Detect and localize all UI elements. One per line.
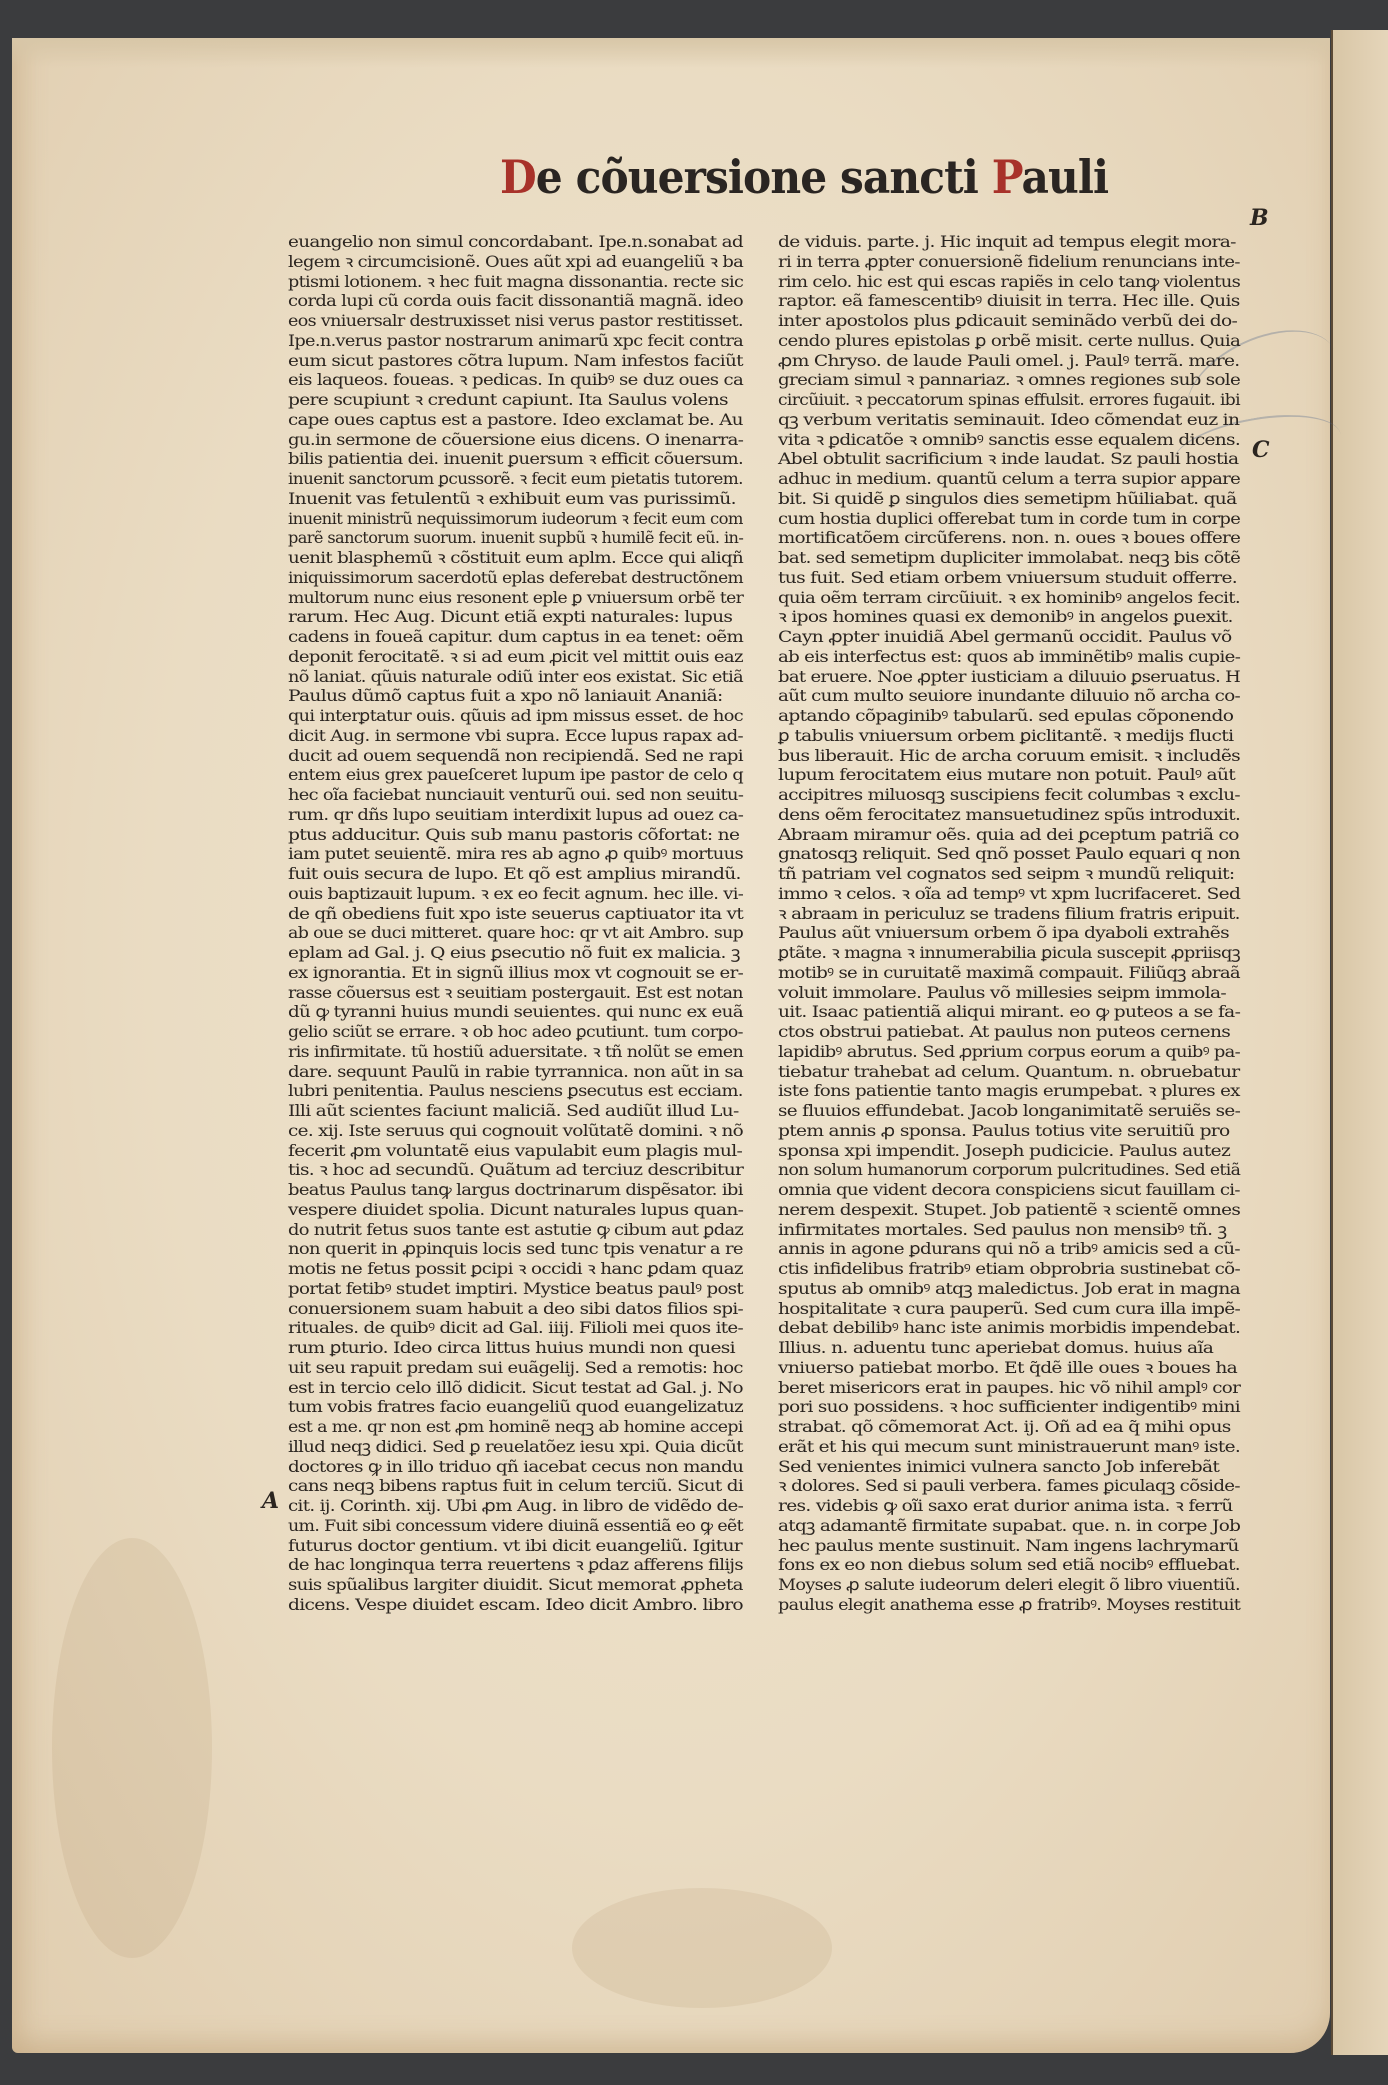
text-line: gnatosqꝫ reliquit. Sed qnõ posset Paulo … — [778, 844, 1308, 864]
text-line: futurus doctor gentium. vt ibi dicit eua… — [288, 1536, 811, 1556]
text-line: eplam ad Gal. j. Q eius ꝑsecutio nõ fuit… — [288, 943, 811, 963]
text-line: conuersionem suam habuit a deo sibi dato… — [288, 1299, 802, 1319]
text-line: rum ꝑturio. Ideo circa littus huius mund… — [288, 1338, 811, 1358]
text-line: deponit ferocitatẽ. ꝛ si ad eum ꝓicit ve… — [288, 647, 794, 667]
text-line: iste fons patientie tanto magis erumpeba… — [778, 1081, 1298, 1101]
text-column-left: euangelio non simul concordabant. Ipe.n.… — [288, 232, 743, 1615]
text-line: um. Fuit sibi concessum videre diuinã es… — [288, 1516, 776, 1536]
text-line: dare. sequunt Paulũ in rabie tyrrannica.… — [288, 1062, 796, 1082]
text-line: cendo plures epistolas ꝑ orbẽ misit. cer… — [778, 331, 1297, 351]
text-line: pori suo possidens. ꝛ hoc sufficienter i… — [778, 1397, 1302, 1417]
text-line: dicens. Vespe diuidet escam. Ideo dicit … — [288, 1595, 811, 1615]
text-line: Cayn ꝓpter inuidiã Abel germanũ occidit.… — [778, 627, 1309, 647]
text-line: uit. Isaac patientiã aliqui mirant. eo ꝙ… — [778, 1002, 1309, 1022]
text-line: ouis baptizauit lupum. ꝛ ex eo fecit agn… — [288, 884, 790, 904]
text-line: bilis patientia dei. inuenit ꝑuersum ꝛ e… — [288, 449, 792, 469]
text-line: aptando cõpaginibꝰ tabularũ. sed epulas … — [778, 706, 1309, 726]
margin-letter-a: A — [262, 1488, 279, 1514]
text-line: immo ꝛ celos. ꝛ oĩa ad tempꝰ vt xpm lucr… — [778, 884, 1308, 904]
text-line: infirmitates mortales. Sed paulus non me… — [778, 1220, 1309, 1240]
text-line: fecerit ꝓm voluntatẽ eius vapulabit eum … — [288, 1141, 811, 1161]
text-line: ptus adducitur. Quis sub manu pastoris c… — [288, 825, 811, 845]
text-line: hospitalitate ꝛ cura pauperũ. Sed cum cu… — [778, 1299, 1306, 1319]
text-line: mortificatõem circũferens. non. n. oues … — [778, 528, 1297, 548]
text-line: doctores ꝙ in illo triduo qñ iacebat cec… — [288, 1457, 802, 1477]
text-line: cans neqꝫ bibens raptus fuit in celum te… — [288, 1476, 803, 1496]
text-line: erãt et his qui mecum sunt ministrauerun… — [778, 1437, 1306, 1457]
text-line: cape oues captus est a pastore. Ideo exc… — [288, 410, 799, 430]
text-line: sponsa xpi impendit. Joseph pudicicie. P… — [778, 1141, 1309, 1161]
text-line: Abel obtulit sacrificium ꝛ inde laudat. … — [778, 449, 1309, 469]
title-initial: D — [500, 150, 536, 204]
text-line: rasse cõuersus est ꝛ seuitiam postergaui… — [288, 983, 776, 1003]
text-line: ctos obstrui patiebat. At paulus non put… — [778, 1022, 1309, 1042]
text-line: bat eruere. Noe ꝓpter iusticiam a diluui… — [778, 667, 1290, 687]
text-line: accipitres miluosqꝫ suscipiens fecit col… — [778, 785, 1301, 805]
text-line: annis in agone ꝑdurans qui nõ a tribꝰ am… — [778, 1239, 1301, 1259]
text-line: gelio sciũt se errare. ꝛ ob hoc adeo ꝑcu… — [288, 1022, 773, 1042]
text-line: ptismi lotionem. ꝛ hec fuit magna disson… — [288, 272, 782, 292]
text-line: paulus elegit anathema esse ꝓ fratribꝰ. … — [778, 1595, 1281, 1615]
text-line: non querit in ꝓpinquis locis sed tunc tp… — [288, 1239, 793, 1259]
text-line: tum vobis fratres facio euangeliũ quod e… — [288, 1397, 799, 1417]
text-line: Inuenit vas fetulentũ ꝛ exhibuit eum vas… — [288, 489, 811, 509]
text-line: circũiuit. ꝛ peccatorum spinas effulsit.… — [778, 390, 1265, 410]
text-line: rituales. de quibꝰ dicit ad Gal. iiij. F… — [288, 1318, 802, 1338]
text-line: bus liberauit. Hic de archa coruum emisi… — [778, 746, 1308, 766]
margin-letter-b: B — [1250, 205, 1269, 231]
paper-stain — [572, 1888, 832, 2008]
text-line: iniquissimorum sacerdotũ eplas deferebat… — [288, 568, 766, 588]
text-line: lupum ferocitatem eius mutare non potuit… — [778, 765, 1309, 785]
text-line: Paulus dũmõ captus fuit a xpo nõ laniaui… — [288, 686, 811, 706]
text-line: ri in terra ꝓpter conuersionẽ fidelium r… — [778, 252, 1292, 272]
text-line: est in tercio celo illõ didicit. Sicut t… — [288, 1378, 804, 1398]
text-line: rim celo. hic est qui escas rapiẽs in ce… — [778, 272, 1290, 292]
text-line: parẽ sanctorum suorum. inuenit supbũ ꝛ h… — [288, 528, 742, 548]
text-line: de qñ obediens fuit xpo iste seuerus cap… — [288, 904, 804, 924]
text-line: Sed venientes inimici vulnera sancto Job… — [778, 1457, 1309, 1477]
text-line: de hac longinqua terra reuertens ꝛ ꝑdaz … — [288, 1555, 795, 1575]
text-line: ꝑtãte. ꝛ magna ꝛ innumerabilia ꝑicula su… — [778, 943, 1285, 963]
text-line: res. videbis ꝙ oĩi saxo erat durior anim… — [778, 1496, 1309, 1516]
text-line: suis spũalibus largiter diuidit. Sicut m… — [288, 1575, 799, 1595]
text-line: tiebatur trahebat ad celum. Quantum. n. … — [778, 1062, 1309, 1082]
text-line: se fluuios effundebat. Jacob longanimita… — [778, 1101, 1302, 1121]
text-line: voluit immolare. Paulus võ millesies sei… — [778, 983, 1309, 1003]
text-line: eum sicut pastores cõtra lupum. Nam infe… — [288, 351, 805, 371]
text-line: ptem annis ꝓ sponsa. Paulus totius vite … — [778, 1121, 1309, 1141]
text-line: ꝛ dolores. Sed si pauli verbera. fames ꝑ… — [778, 1476, 1298, 1496]
text-line: vita ꝛ ꝑdicatõe ꝛ omnibꝰ sanctis esse eq… — [778, 430, 1307, 450]
text-line: lubri penitentia. Paulus nesciens ꝑsecut… — [288, 1081, 791, 1101]
text-line: sputus ab omnibꝰ atqꝫ maledictus. Job er… — [778, 1279, 1308, 1299]
text-line: inter apostolos plus ꝑdicauit seminãdo v… — [778, 311, 1309, 331]
text-line: strabat. qõ cõmemorat Act. ij. Oñ ad ea … — [778, 1417, 1309, 1437]
text-line: inuenit ministrũ nequissimorum iudeorum … — [288, 509, 749, 529]
text-line: non solum humanorum corporum pulcritudin… — [778, 1160, 1269, 1180]
text-line: ꝛ ipos homines quasi ex demonibꝰ in ange… — [778, 607, 1309, 627]
text-line: debat debilibꝰ hanc iste animis morbidis… — [778, 1318, 1303, 1338]
title-text: e cõuersione sancti — [536, 150, 992, 204]
text-line: ꝛ abraam in periculuz se tradens filium … — [778, 904, 1300, 924]
text-line: ce. xij. Iste seruus qui cognouit volũta… — [288, 1121, 805, 1141]
text-line: cadens in foueã capitur. dum captus in e… — [288, 627, 801, 647]
text-line: dens oẽm ferocitatez mansuetudinez spũs … — [778, 805, 1305, 825]
text-line: atqꝫ adamantẽ firmitate supabat. que. n.… — [778, 1516, 1302, 1536]
text-line: quia oẽm terram circũiuit. ꝛ ex hominibꝰ… — [778, 588, 1295, 608]
text-line: euangelio non simul concordabant. Ipe.n.… — [288, 232, 805, 252]
text-line: de viduis. parte. j. Hic inquit ad tempu… — [778, 232, 1309, 252]
text-line: raptor. eã famescentibꝰ diuisit in terra… — [778, 291, 1309, 311]
text-line: do nutrit fetus suos tante est astutie ꝙ… — [288, 1220, 789, 1240]
text-line: inuenit sanctorum ꝑcussorẽ. ꝛ fecit eum … — [288, 469, 762, 489]
text-line: gu.in sermone de cõuersione eius dicens.… — [288, 430, 796, 450]
text-line: vespere diuidet spolia. Dicunt naturales… — [288, 1200, 808, 1220]
text-line: tus fuit. Sed etiam orbem vniuersum stud… — [778, 568, 1309, 588]
text-line: hec oĩa faciebat nunciauit venturũ oui. … — [288, 785, 788, 805]
text-line: rum. qr dñs lupo seuitiam interdixit lup… — [288, 805, 795, 825]
adjacent-page-edge — [1331, 30, 1388, 2055]
text-line: ab eis interfectus est: quos ab imminẽti… — [778, 647, 1296, 667]
text-line: beret misericors erat in paupes. hic võ … — [778, 1378, 1300, 1398]
paper-stain — [52, 1538, 212, 1958]
text-line: eis laqueos. foueas. ꝛ pedicas. In quibꝰ… — [288, 370, 796, 390]
text-line: tñ patriam vel cognatos sed seipm ꝛ mund… — [778, 864, 1309, 884]
text-line: Illius. n. aduentu tunc aperiebat domus.… — [778, 1338, 1309, 1358]
text-line: legem ꝛ circumcisionẽ. Oues aũt xpi ad e… — [288, 252, 789, 272]
text-line: vniuerso patiebat morbo. Et q̃dẽ ille ou… — [778, 1358, 1309, 1378]
page-top-shading — [12, 38, 1330, 68]
text-line: ꝓm Chryso. de laude Pauli omel. j. Paulꝰ… — [778, 351, 1309, 371]
text-line: ex ignorantia. Et in signũ illius mox vt… — [288, 963, 797, 983]
text-line: rarum. Hec Aug. Dicunt etiã expti natura… — [288, 607, 811, 627]
text-line: ducit ad ouem sequendã non recipiendã. S… — [288, 746, 801, 766]
text-line: motis ne fetus possit ꝑcipi ꝛ occidi ꝛ h… — [288, 1259, 803, 1279]
text-line: omnia que vident decora conspiciens sicu… — [778, 1180, 1295, 1200]
text-line: multorum nunc eius resonent eple ꝑ vniue… — [288, 588, 771, 608]
text-line: Illi aũt scientes faciunt maliciã. Sed a… — [288, 1101, 811, 1121]
text-line: qui interꝑtatur ouis. qũuis ad ipm missu… — [288, 706, 785, 726]
text-line: ab oue se duci mitteret. quare hoc: qr v… — [288, 923, 776, 943]
text-line: portat fetibꝰ studet imptiri. Mystice be… — [288, 1279, 799, 1299]
text-line: ris infirmitate. tũ hostiũ aduersitate. … — [288, 1042, 780, 1062]
page-title: De cõuersione sancti Pauli — [500, 150, 997, 204]
text-line: lapidibꝰ abrutus. Sed ꝓprium corpus eoru… — [778, 1042, 1289, 1062]
text-line: adhuc in medium. quantũ celum a terra su… — [778, 469, 1293, 489]
text-line: fons ex eo non diebus solum sed etiã noc… — [778, 1555, 1300, 1575]
text-column-right: de viduis. parte. j. Hic inquit ad tempu… — [778, 232, 1240, 1615]
text-line: hec paulus mente sustinuit. Nam ingens l… — [778, 1536, 1309, 1556]
text-line: Paulus aũt vniuersum orbem õ ipa dyaboli… — [778, 923, 1309, 943]
text-line: Moyses ꝓ salute iudeorum deleri elegit õ… — [778, 1575, 1281, 1595]
text-line: greciam simul ꝛ pannariaz. ꝛ omnes regio… — [778, 370, 1299, 390]
text-line: illud neqꝫ didici. Sed ꝑ reuelatõez iesu… — [288, 1437, 794, 1457]
text-line: entem eius grex paueſceret lupum ipe pas… — [288, 765, 783, 785]
text-line: tis. ꝛ hoc ad secundũ. Quãtum ad terciuz… — [288, 1160, 807, 1180]
text-line: cit. ij. Corinth. xij. Ubi ꝓm Aug. in li… — [288, 1496, 801, 1516]
text-line: pere scupiunt ꝛ credunt capiunt. Ita Sau… — [288, 390, 811, 410]
text-line: qꝫ verbum veritatis seminauit. Ideo cõme… — [778, 410, 1309, 430]
text-line: ꝑ tabulis vniuersum orbem ꝑiclitantẽ. ꝛ … — [778, 726, 1309, 746]
text-line: uenit blasphemũ ꝛ cõstituit eum aplm. Ec… — [288, 548, 800, 568]
text-line: iam putet seuientẽ. mira res ab agno ꝓ q… — [288, 844, 792, 864]
text-line: Abraam miramur oẽs. quia ad dei ꝑceptum … — [778, 825, 1309, 845]
text-line: motibꝰ se in curuitatẽ maximã compauit. … — [778, 963, 1293, 983]
text-line: cum hostia duplici offerebat tum in cord… — [778, 509, 1289, 529]
text-line: uit seu rapuit predam sui euãgelij. Sed … — [288, 1358, 794, 1378]
text-line: aũt cum multo seuiore inundante diluuio … — [778, 686, 1299, 706]
text-line: est a me. qr non est ꝓm hominẽ neqꝫ ab h… — [288, 1417, 777, 1437]
text-line: dicit Aug. in sermone vbi supra. Ecce lu… — [288, 726, 796, 746]
text-line: nõ laniat. qũuis naturale odiũ inter eos… — [288, 667, 785, 687]
text-line: fuit ouis secura de lupo. Et qõ est ampl… — [288, 864, 811, 884]
text-line: beatus Paulus tanꝙ largus doctrinarum di… — [288, 1180, 792, 1200]
title-second-initial: P — [992, 150, 1022, 204]
text-line: eos vniuersalr destruxisset nisi verus p… — [288, 311, 780, 331]
text-line: corda lupi cũ corda ouis facit dissonant… — [288, 291, 791, 311]
text-line: bit. Si quidẽ ꝑ singulos dies semetipm h… — [778, 489, 1309, 509]
text-line: Ipe.n.verus pastor nostrarum animarũ xpc… — [288, 331, 786, 351]
text-line: bat. sed semetipm dupliciter immolabat. … — [778, 548, 1295, 568]
title-end: auli — [1021, 150, 1108, 204]
text-line: dũ ꝙ tyranni huius mundi seuientes. qui … — [288, 1002, 803, 1022]
text-line: nerem despexit. Stupet. Job patientẽ ꝛ s… — [778, 1200, 1305, 1220]
text-line: ctis infidelibus fratribꝰ etiam obprobri… — [778, 1259, 1301, 1279]
